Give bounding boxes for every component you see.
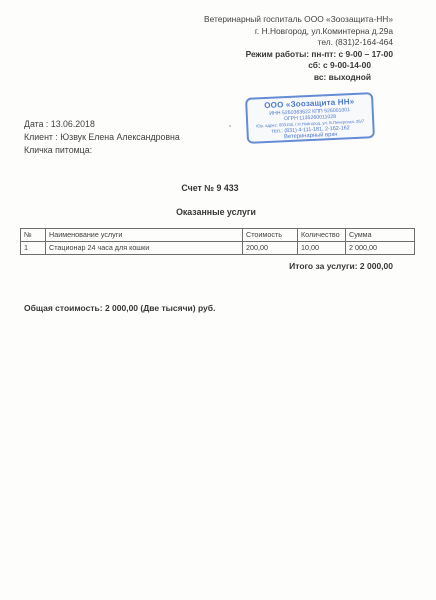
col-header-service: Наименование услуги bbox=[46, 229, 243, 242]
col-header-quantity: Количество bbox=[298, 229, 346, 242]
col-header-sum: Сумма bbox=[346, 229, 415, 242]
client-name: Клиент : Юзвук Елена Александровна bbox=[24, 131, 180, 144]
clinic-phone: тел. (831)2-164-464 bbox=[204, 37, 393, 49]
working-hours-sunday: вс: выходной bbox=[204, 72, 393, 84]
services-total: Итого за услуги: 2 000,00 bbox=[289, 261, 393, 271]
cell-service: Стационар 24 часа для кошки bbox=[46, 242, 243, 255]
invoice-date: Дата : 13.06.2018 bbox=[24, 118, 180, 131]
table-row: 1 Стационар 24 часа для кошки 200,00 10,… bbox=[21, 242, 415, 255]
cell-sum: 2 000,00 bbox=[346, 242, 415, 255]
working-hours-saturday: сб: с 9-00-14-00 bbox=[204, 60, 393, 72]
cell-quantity: 10,00 bbox=[298, 242, 346, 255]
invoice-title: Счет № 9 433 bbox=[0, 183, 420, 193]
clinic-address: г. Н.Новгород, ул.Коминтерна д.29а bbox=[204, 26, 393, 38]
invoice-document: Ветеринарный госпиталь ООО «Зоозащита-НН… bbox=[0, 0, 436, 600]
cell-number: 1 bbox=[21, 242, 46, 255]
company-stamp: ООО «Зоозащита НН» ИНН 5260363622 КПП 52… bbox=[245, 92, 375, 144]
col-header-number: № bbox=[21, 229, 46, 242]
clinic-header: Ветеринарный госпиталь ООО «Зоозащита-НН… bbox=[204, 14, 393, 84]
table-header-row: № Наименование услуги Стоимость Количест… bbox=[21, 229, 415, 242]
scan-speck bbox=[229, 125, 231, 127]
working-hours-weekdays: Режим работы: пн-пт: с 9-00 – 17-00 bbox=[204, 49, 393, 61]
col-header-price: Стоимость bbox=[243, 229, 298, 242]
grand-total: Общая стоимость: 2 000,00 (Две тысячи) р… bbox=[24, 303, 215, 313]
client-info: Дата : 13.06.2018 Клиент : Юзвук Елена А… bbox=[24, 118, 180, 157]
services-table: № Наименование услуги Стоимость Количест… bbox=[20, 228, 415, 255]
services-subtitle: Оказанные услуги bbox=[0, 207, 432, 217]
clinic-name: Ветеринарный госпиталь ООО «Зоозащита-НН… bbox=[204, 14, 393, 26]
pet-name: Кличка питомца: bbox=[24, 144, 180, 157]
cell-price: 200,00 bbox=[243, 242, 298, 255]
